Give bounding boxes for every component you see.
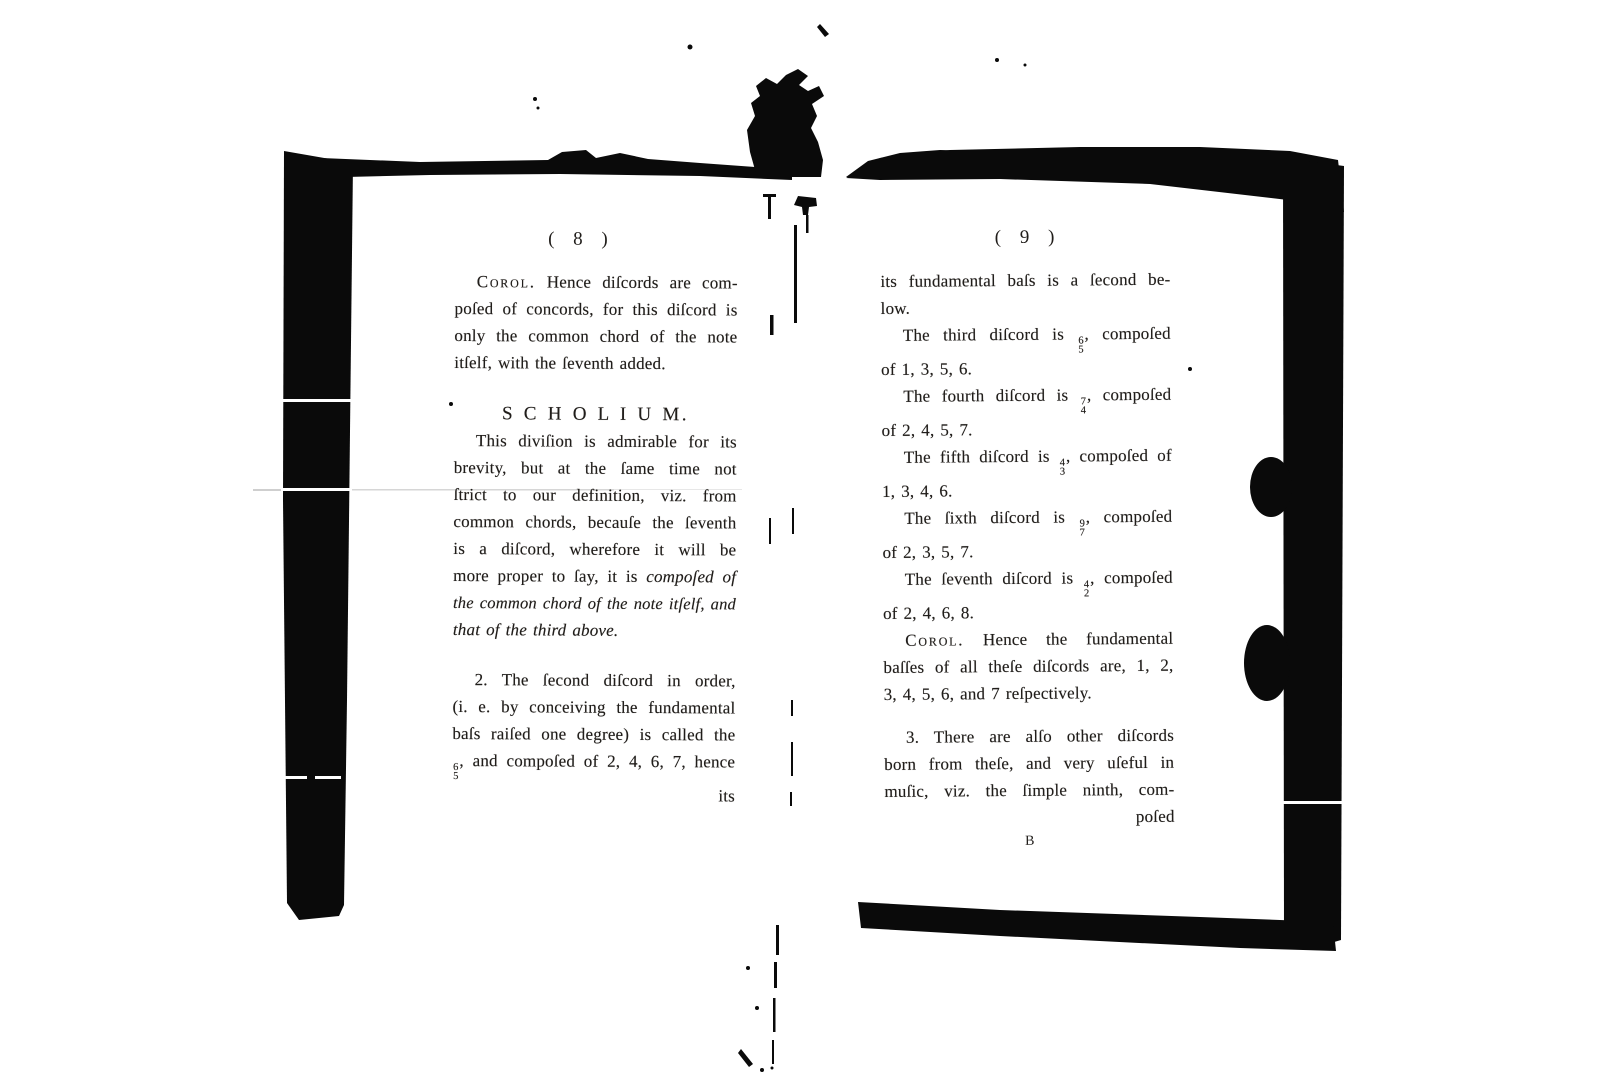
- text-line: born from theſe, and very uſeful in: [884, 749, 1174, 778]
- text-line: (i. e. by conceiving the fundamental: [452, 693, 735, 721]
- book-cover-right-edge: [1244, 158, 1344, 950]
- text-line: poſed: [885, 803, 1175, 832]
- text-line: The fourth diſcord is 74, compoſed: [881, 381, 1171, 417]
- text-line: 3, 4, 5, 6, and 7 reſpectively.: [884, 679, 1174, 708]
- text-line: 65, and compoſed of 2, 4, 6, 7, hence: [452, 747, 735, 782]
- text-line: itſelf, with the ſeventh added.: [454, 349, 737, 377]
- text-line: The ſixth diſcord is 97, compoſed: [882, 503, 1172, 539]
- text-line: of 2, 3, 5, 7.: [882, 537, 1172, 566]
- text-line: its: [452, 781, 735, 809]
- text-line: The fifth diſcord is 43, compoſed of: [882, 442, 1172, 478]
- text-line: is a diſcord, wherefore it will be: [453, 535, 736, 563]
- right-page-lines: its fundamental baſs is a ſecond be-low.…: [880, 266, 1174, 832]
- text-line: only the common chord of the note: [454, 322, 737, 350]
- text-line: This diviſion is admirable for its: [454, 427, 737, 455]
- text-line: muſic, viz. the ſimple ninth, com-: [884, 776, 1174, 805]
- left-page-number: ( 8 ): [437, 228, 720, 256]
- book-cover-left-edge: [283, 151, 353, 920]
- text-line: poſed of concords, for this diſcord is: [455, 295, 738, 323]
- text-line: baſſes of all theſe diſcords are, 1, 2,: [883, 652, 1173, 681]
- left-page-top-border: [297, 150, 792, 180]
- scan-ink-layer: [0, 0, 1600, 1078]
- text-line: of 1, 3, 5, 6.: [881, 354, 1171, 383]
- text-line: low.: [881, 293, 1171, 322]
- text-line: Corol. Hence diſcords are com-: [455, 268, 738, 296]
- scholium-heading: S C H O L I U M.: [454, 400, 737, 428]
- right-page-top-border: [846, 147, 1344, 213]
- text-line: baſs raiſed one degree) is called the: [452, 720, 735, 748]
- text-line: 2. The ſecond diſcord in order,: [453, 666, 736, 694]
- left-page: ( 8 ) Corol. Hence diſcords are com-poſe…: [452, 228, 738, 809]
- text-line: The third diſcord is 65, compoſed: [881, 320, 1171, 356]
- left-page-lines: Corol. Hence diſcords are com-poſed of c…: [452, 268, 738, 809]
- text-line: brevity, but at the ſame time not: [454, 454, 737, 482]
- book-scan-page: ( 8 ) Corol. Hence diſcords are com-poſe…: [0, 0, 1600, 1078]
- text-line: 1, 3, 4, 6.: [882, 476, 1172, 505]
- text-line: of 2, 4, 6, 8.: [883, 598, 1173, 627]
- right-page-bottom-border: [858, 902, 1336, 951]
- text-line: the common chord of the note itſelf, and: [453, 589, 736, 617]
- text-line: ſtrict to our definition, viz. from: [454, 481, 737, 509]
- text-line: of 2, 4, 5, 7.: [881, 415, 1171, 444]
- scan-scratch-line: [253, 489, 281, 491]
- text-line: common chords, becauſe the ſeventh: [453, 508, 736, 536]
- page-edge-ticks: [763, 194, 776, 544]
- text-line: 3. There are alſo other diſcords: [884, 722, 1174, 751]
- text-line: that of the third above.: [453, 616, 736, 644]
- text-line: Corol. Hence the fundamental: [883, 625, 1173, 654]
- right-page: ( 9 ) its fundamental baſs is a ſecond b…: [880, 226, 1175, 851]
- text-line: The ſeventh diſcord is 42, compoſed: [883, 564, 1173, 600]
- text-line: its fundamental baſs is a ſecond be-: [880, 266, 1170, 295]
- right-page-number: ( 9 ): [880, 226, 1170, 255]
- chord-figure: 65: [1077, 336, 1084, 354]
- signature-mark: B: [885, 833, 1175, 851]
- text-line: more proper to ſay, it is compoſed of: [453, 562, 736, 590]
- gutter-fold-marks: [738, 196, 817, 1072]
